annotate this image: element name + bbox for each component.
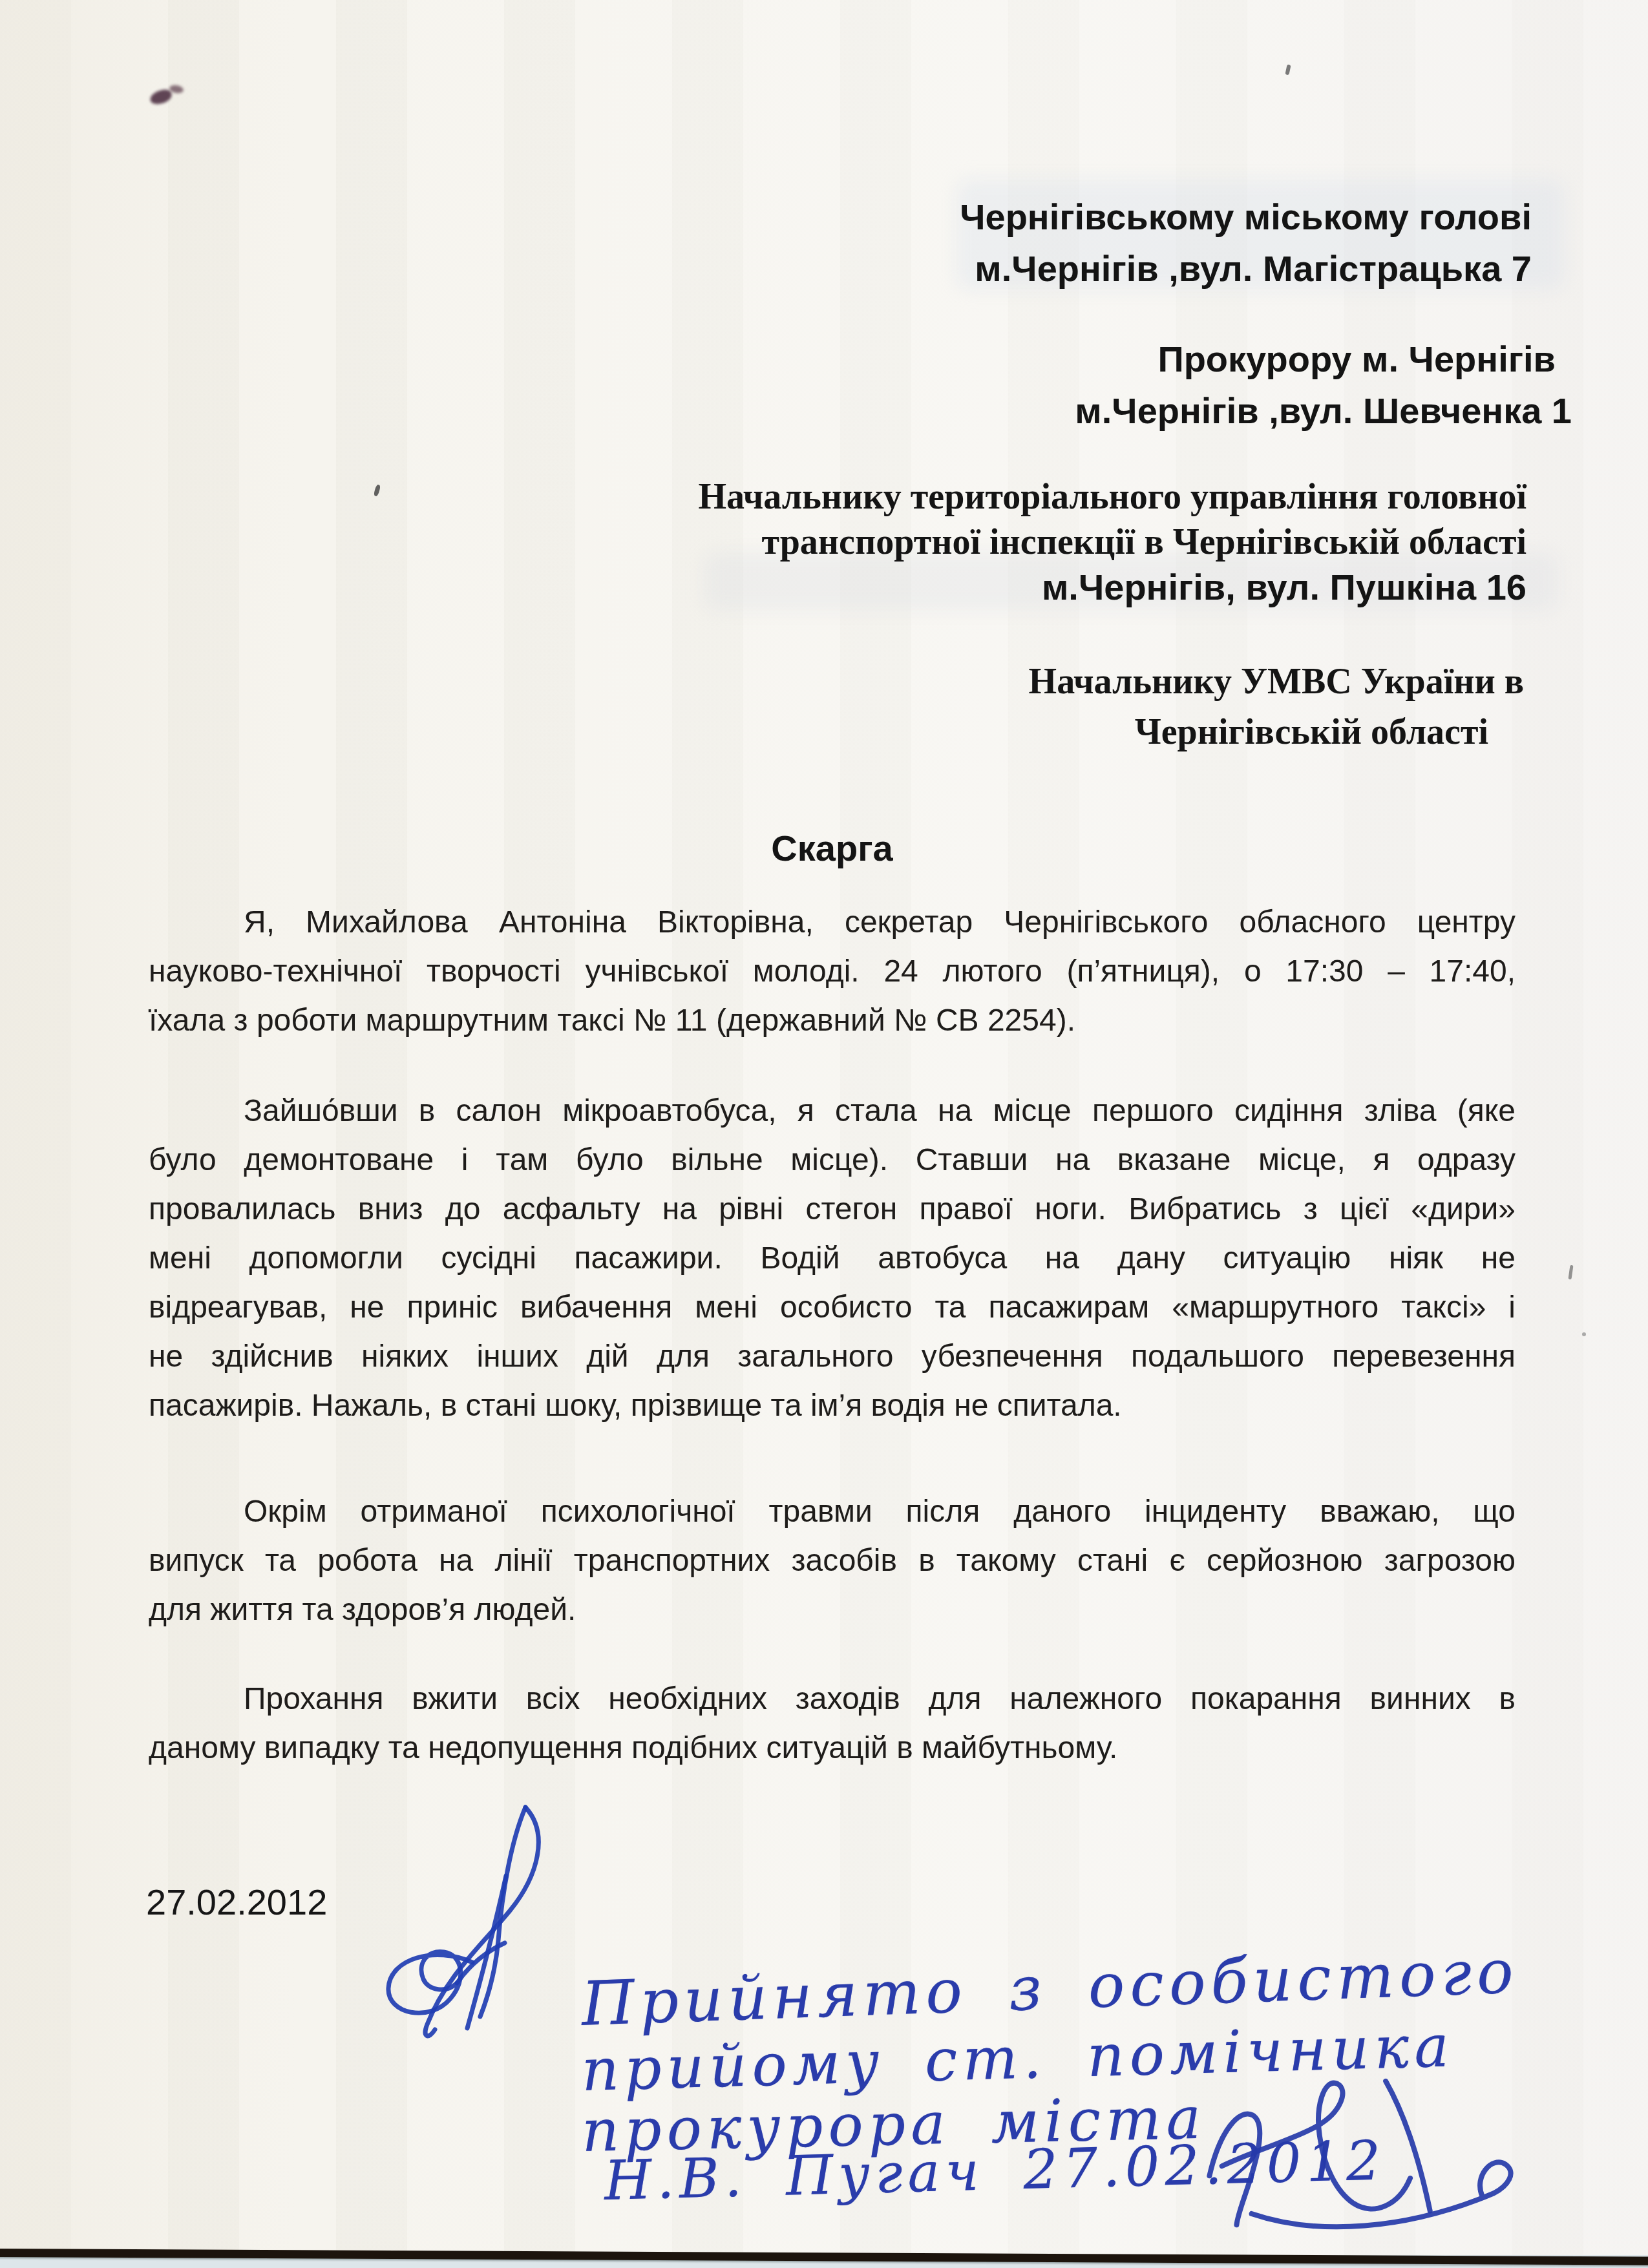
paper-speck [1285,65,1291,76]
recipient-line: м.Чернігів, вул. Пушкіна 16 [698,565,1527,610]
paragraph-line: Я, Михайлова Антоніна Вікторівна, секрет… [149,898,1516,947]
recipient-line: Начальнику територіального управління го… [698,474,1527,520]
paragraph-2: Зайшо́вши в салон мікроавтобуса, я стала… [149,1087,1516,1431]
paragraph-line: Прохання вжити всіх необхідних заходів д… [149,1675,1516,1724]
scanned-complaint-letter: Чернігівському міському голові м.Чернігі… [0,0,1648,2268]
recipient-block-umvs: Начальнику УМВС України в Чернігівській … [1029,656,1524,757]
recipient-line: м.Чернігів ,вул. Шевченка 1 [1075,385,1572,437]
paragraph-line: випуск та робота на лінії транспортних з… [149,1537,1516,1586]
paragraph-line: провалилась вниз до асфальту на рівні ст… [149,1185,1516,1234]
paragraph-line: для життя та здоров’я людей. [149,1586,1516,1635]
recipient-line: м.Чернігів ,вул. Магістрацька 7 [960,243,1532,295]
recipient-line: Прокурору м. Чернігів [1075,333,1572,385]
letter-date: 27.02.2012 [146,1878,327,1927]
paragraph-line: Окрім отриманої психологічної травми піс… [149,1487,1516,1537]
paragraph-line: науково-технічної творчості учнівської м… [149,947,1516,996]
recipient-line: Чернігівській області [1029,707,1524,757]
paragraph-line: відреагував, не приніс вибачення мені ос… [149,1283,1516,1332]
paper-speck [1582,1332,1586,1336]
recipient-line: Начальнику УМВС України в [1029,656,1524,707]
recipient-block-transport-inspection: Начальнику територіального управління го… [698,474,1527,610]
recipient-line: Чернігівському міському голові [960,191,1532,243]
paragraph-4: Прохання вжити всіх необхідних заходів д… [149,1675,1516,1773]
recipient-line: транспортної інспекції в Чернігівській о… [698,520,1527,565]
paragraph-line: Зайшо́вши в салон мікроавтобуса, я стала… [149,1087,1516,1136]
paragraph-line: мені допомогли сусідні пасажири. Водій а… [149,1234,1516,1283]
paragraph-line: не здійснив ніяких інших дій для загальн… [149,1332,1516,1381]
complaint-title: Скарга [149,823,1516,874]
paper-speck [374,484,381,496]
ink-smudge [149,88,173,106]
recipient-block-mayor: Чернігівському міському голові м.Чернігі… [960,191,1532,295]
paragraph-line: даному випадку та недопущення подібних с… [149,1724,1516,1773]
applicant-signature [352,1800,585,2045]
paragraph-line: їхала з роботи маршрутним таксі № 11 (де… [149,996,1516,1045]
paragraph-3: Окрім отриманої психологічної травми піс… [149,1487,1516,1635]
recipient-block-prosecutor: Прокурору м. Чернігів м.Чернігів ,вул. Ш… [1075,333,1572,437]
paper-speck [1568,1265,1573,1279]
official-signature [1188,2037,1534,2248]
paragraph-line: пасажирів. Нажаль, в стані шоку, прізвищ… [149,1381,1516,1431]
paragraph-line: було демонтоване і там було вільне місце… [149,1136,1516,1185]
paragraph-1: Я, Михайлова Антоніна Вікторівна, секрет… [149,898,1516,1045]
